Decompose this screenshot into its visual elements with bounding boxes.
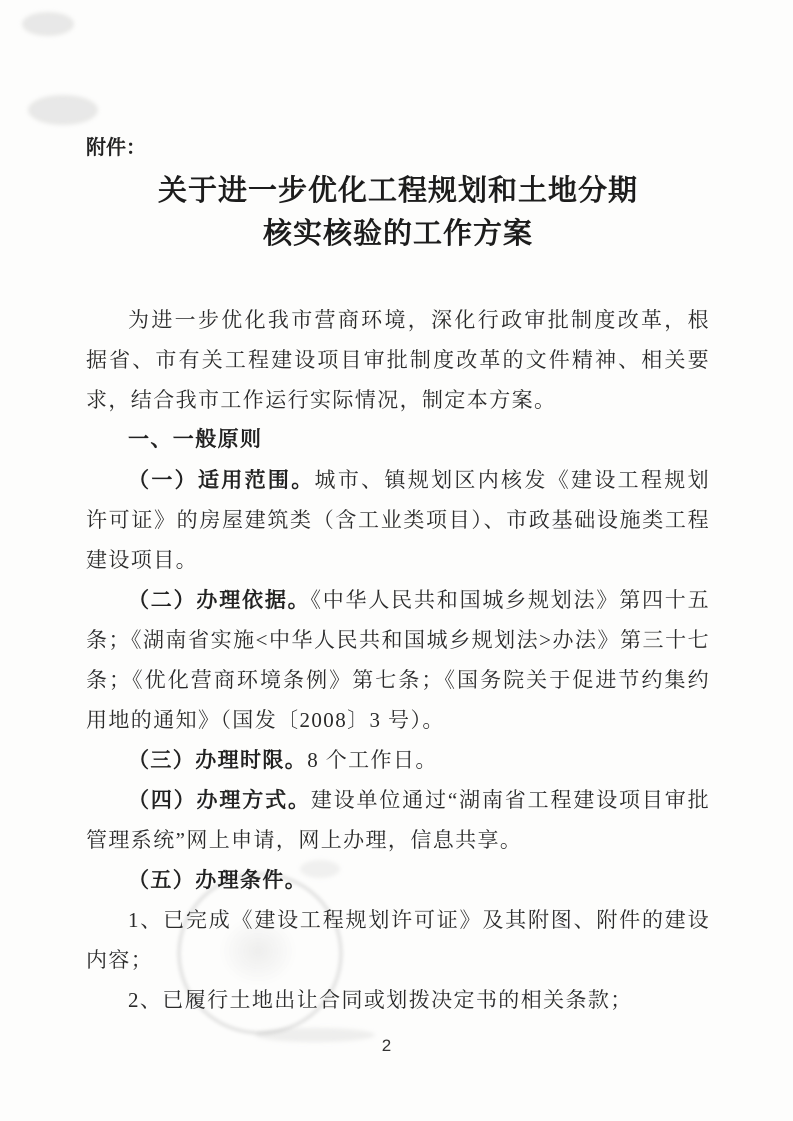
- item-text-time-limit: 8 个工作日。: [307, 748, 438, 772]
- item-paragraph-time-limit: （三）办理时限。8 个工作日。: [86, 740, 710, 780]
- item-paragraph-basis: （二）办理依据。《中华人民共和国城乡规划法》第四十五条；《湖南省实施<中华人民共…: [86, 580, 710, 740]
- page-number: 2: [0, 1036, 773, 1056]
- title-line-2: 核实核验的工作方案: [86, 213, 710, 256]
- section-heading-general-principles: 一、一般原则: [86, 420, 710, 460]
- item-lead-method: （四）办理方式。: [128, 788, 311, 812]
- document-content: 附件： 关于进一步优化工程规划和土地分期 核实核验的工作方案 为进一步优化我市营…: [86, 0, 710, 1020]
- document-page: 附件： 关于进一步优化工程规划和土地分期 核实核验的工作方案 为进一步优化我市营…: [0, 0, 793, 1121]
- item-lead-time-limit: （三）办理时限。: [128, 748, 307, 772]
- item-paragraph-method: （四）办理方式。建设单位通过“湖南省工程建设项目审批管理系统”网上申请，网上办理…: [86, 780, 710, 860]
- document-body: 为进一步优化我市营商环境，深化行政审批制度改革，根据省、市有关工程建设项目审批制…: [86, 300, 710, 1020]
- intro-paragraph: 为进一步优化我市营商环境，深化行政审批制度改革，根据省、市有关工程建设项目审批制…: [86, 300, 710, 420]
- attachment-label: 附件：: [86, 136, 710, 160]
- item-lead-scope: （一）适用范围。: [128, 468, 315, 492]
- condition-paragraph-1: 1、已完成《建设工程规划许可证》及其附图、附件的建设内容；: [86, 900, 710, 980]
- title-line-1: 关于进一步优化工程规划和土地分期: [86, 170, 710, 213]
- scan-smudge: [22, 12, 74, 36]
- document-title: 关于进一步优化工程规划和土地分期 核实核验的工作方案: [86, 170, 710, 256]
- item-lead-conditions: （五）办理条件。: [128, 868, 307, 892]
- condition-paragraph-2: 2、已履行土地出让合同或划拨决定书的相关条款；: [86, 980, 710, 1020]
- item-lead-basis: （二）办理依据。: [128, 588, 310, 612]
- item-paragraph-scope: （一）适用范围。城市、镇规划区内核发《建设工程规划许可证》的房屋建筑类（含工业类…: [86, 460, 710, 580]
- item-paragraph-conditions: （五）办理条件。: [86, 860, 710, 900]
